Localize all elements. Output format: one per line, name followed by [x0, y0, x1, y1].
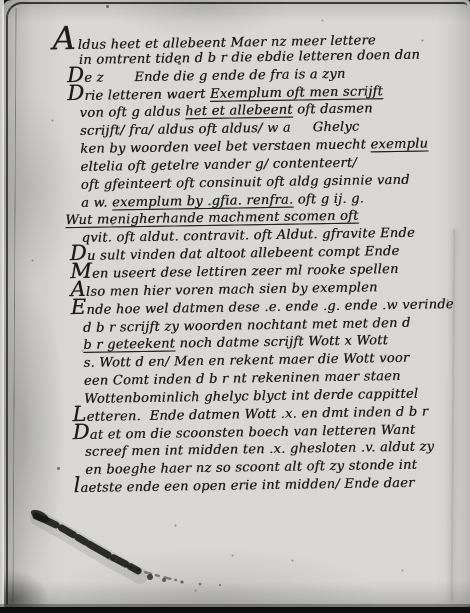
- line-text: a w.: [81, 195, 112, 210]
- line-text: Drie letteren waert: [79, 86, 210, 103]
- bottom-dark-edge: [0, 607, 470, 613]
- manuscript-photo: Aldus heet et allebeent Maer nz meer let…: [0, 0, 470, 613]
- line-text: laetste ende een open erie int midden/ E…: [85, 476, 414, 496]
- ink-stain: [28, 500, 238, 600]
- manuscript-text: Aldus heet et allebeent Maer nz meer let…: [78, 28, 457, 498]
- line-text: in omtrent tiden d b r die ebdie lettere…: [79, 47, 420, 67]
- line-text: Also men hier voren mach sien by exemple…: [82, 280, 377, 300]
- line-text: oft dasmen: [293, 102, 373, 118]
- line-text: scrijft/ fra/ aldus oft aldus/ w a Ghely…: [80, 120, 360, 139]
- line-text-underlined: b r geteekent: [83, 337, 175, 353]
- line-text-underlined: exemplu: [370, 137, 428, 153]
- line-text-underlined: exemplum by .gfia. renfra.: [112, 192, 294, 210]
- left-page-sliver: [0, 0, 4, 607]
- line-text: von oft g aldus: [80, 105, 186, 122]
- line-text: noch datme scrijft Wott x Wott: [175, 333, 388, 351]
- line-text: eltelia oft getelre vander g/ contenteer…: [80, 155, 357, 174]
- line-text: De z Ende die g ende de fra is a zyn: [79, 66, 346, 85]
- line-text-underlined: het et allebeent: [185, 103, 293, 120]
- line-text: oft g ij. g.: [293, 191, 364, 207]
- line-text-underlined: Exemplum oft men scrijft: [210, 84, 383, 102]
